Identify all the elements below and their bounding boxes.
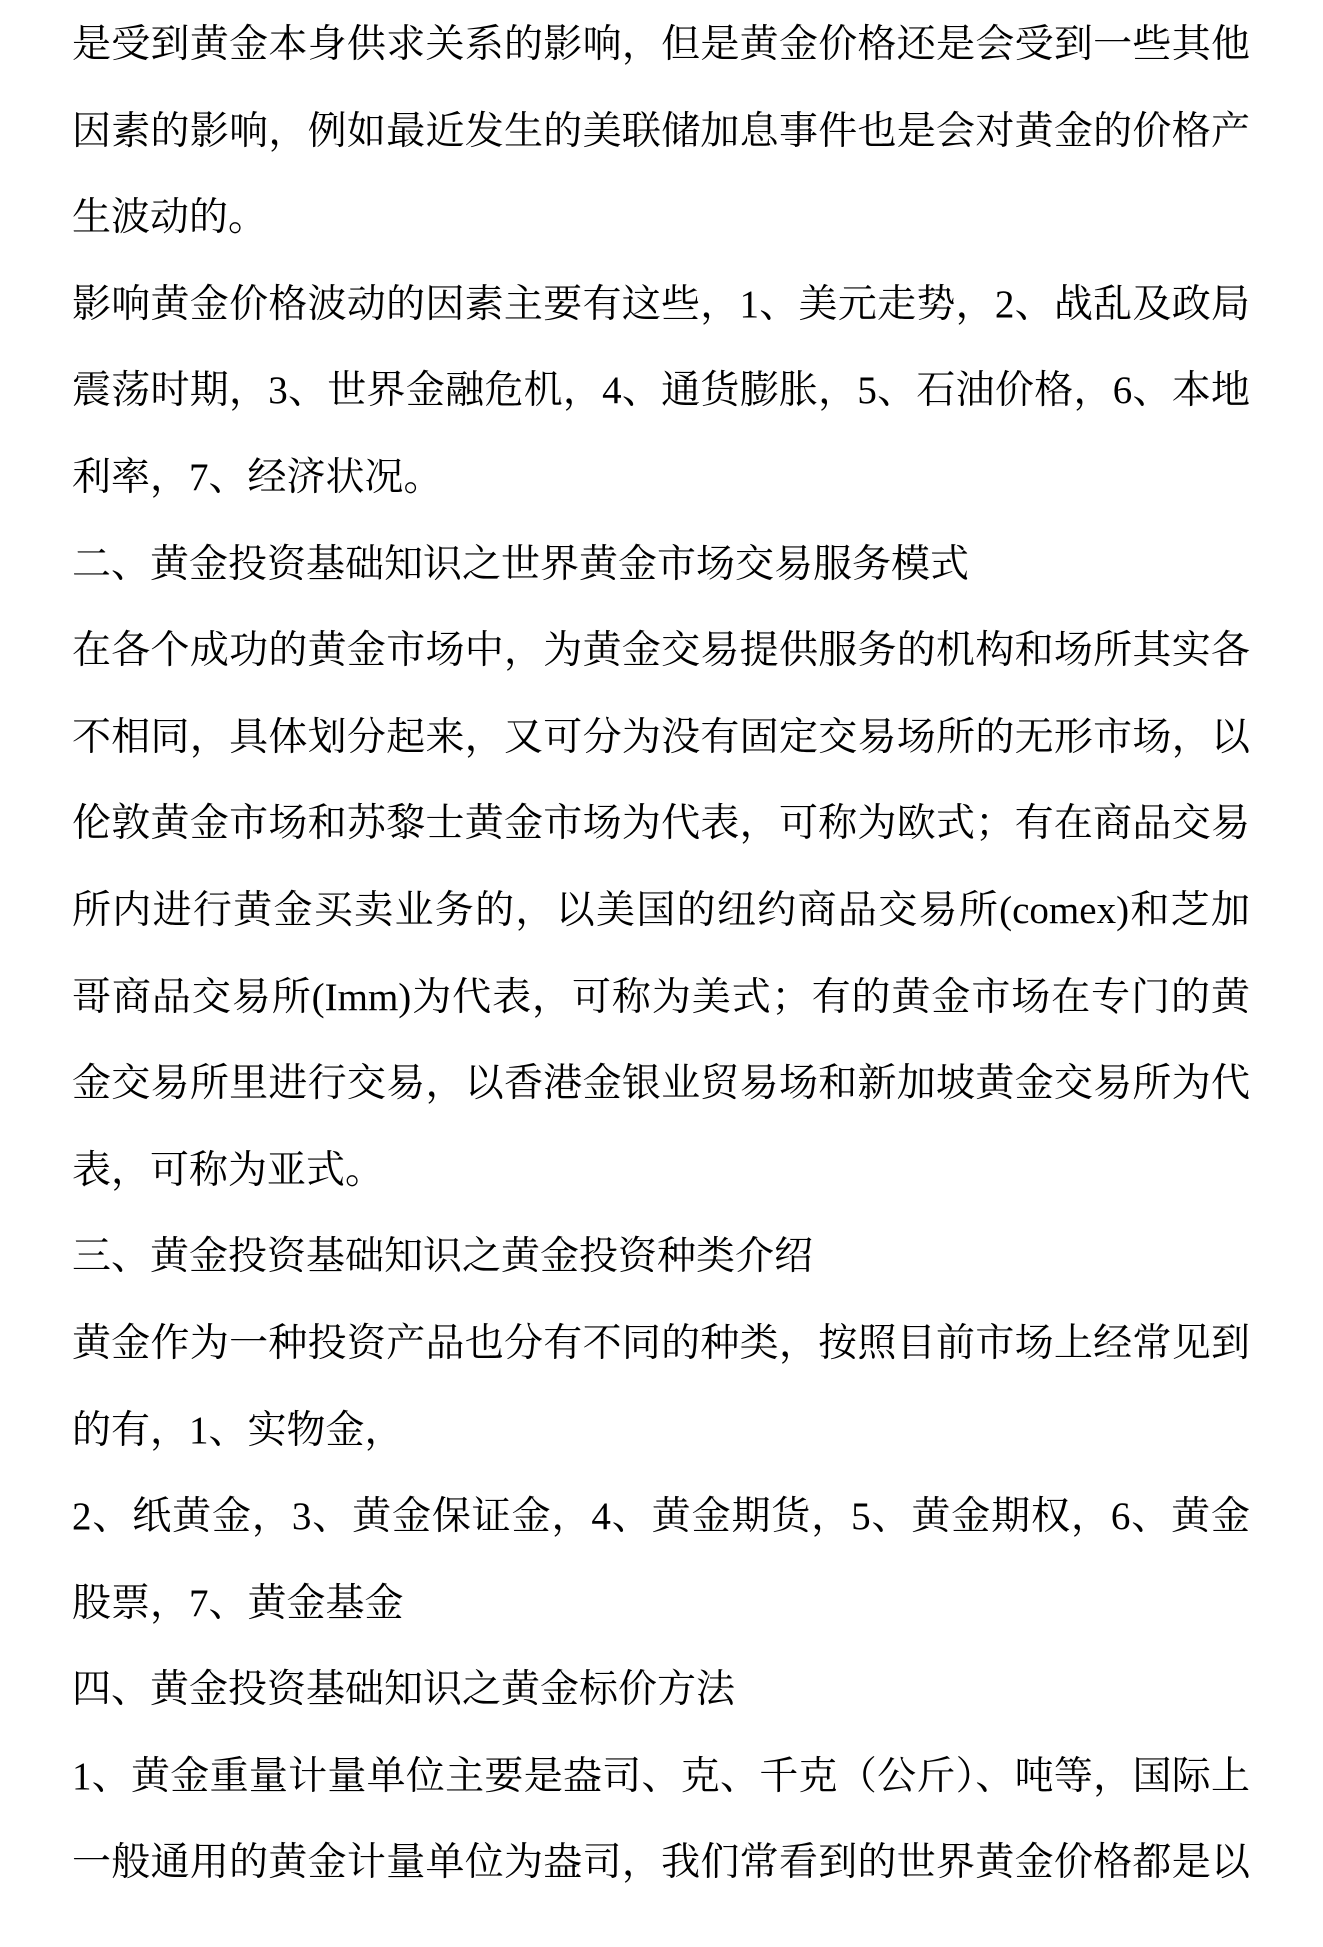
- body-text-line: 因素的影响，例如最近发生的美联储加息事件也是会对黄金的价格产: [72, 89, 1250, 176]
- body-text-line: 的有，1、实物金，: [72, 1388, 1250, 1475]
- body-text-line: 一般通用的黄金计量单位为盎司，我们常看到的世界黄金价格都是以: [72, 1820, 1250, 1907]
- body-text-line: 在各个成功的黄金市场中，为黄金交易提供服务的机构和场所其实各: [72, 608, 1250, 695]
- body-text-line: 不相同，具体划分起来，又可分为没有固定交易场所的无形市场，以: [72, 695, 1250, 782]
- body-text-line: 表，可称为亚式。: [72, 1128, 1250, 1215]
- document-page: 是受到黄金本身供求关系的影响，但是黄金价格还是会受到一些其他 因素的影响，例如最…: [0, 0, 1323, 1947]
- body-text-line: 股票，7、黄金基金: [72, 1561, 1250, 1648]
- body-text-line: 2、纸黄金，3、黄金保证金，4、黄金期货，5、黄金期权，6、黄金: [72, 1474, 1250, 1561]
- body-text-line: 影响黄金价格波动的因素主要有这些，1、美元走势，2、战乱及政局: [72, 262, 1250, 349]
- body-text-line: 伦敦黄金市场和苏黎士黄金市场为代表，可称为欧式；有在商品交易: [72, 781, 1250, 868]
- body-text-line: 金交易所里进行交易，以香港金银业贸易场和新加坡黄金交易所为代: [72, 1041, 1250, 1128]
- body-text-line: 黄金作为一种投资产品也分有不同的种类，按照目前市场上经常见到: [72, 1301, 1250, 1388]
- body-text-line: 哥商品交易所(Imm)为代表，可称为美式；有的黄金市场在专门的黄: [72, 955, 1250, 1042]
- section-heading: 四、黄金投资基础知识之黄金标价方法: [72, 1647, 1250, 1734]
- body-text-line: 震荡时期，3、世界金融危机，4、通货膨胀，5、石油价格，6、本地: [72, 348, 1250, 435]
- body-text-line: 1、黄金重量计量单位主要是盎司、克、千克（公斤）、吨等，国际上: [72, 1734, 1250, 1821]
- section-heading: 二、黄金投资基础知识之世界黄金市场交易服务模式: [72, 522, 1250, 609]
- section-heading: 三、黄金投资基础知识之黄金投资种类介绍: [72, 1214, 1250, 1301]
- body-text-line: 所内进行黄金买卖业务的，以美国的纽约商品交易所(comex)和芝加: [72, 868, 1250, 955]
- body-text-line: 生波动的。: [72, 175, 1250, 262]
- body-text-line: 是受到黄金本身供求关系的影响，但是黄金价格还是会受到一些其他: [72, 2, 1250, 89]
- body-text-line: 利率，7、经济状况。: [72, 435, 1250, 522]
